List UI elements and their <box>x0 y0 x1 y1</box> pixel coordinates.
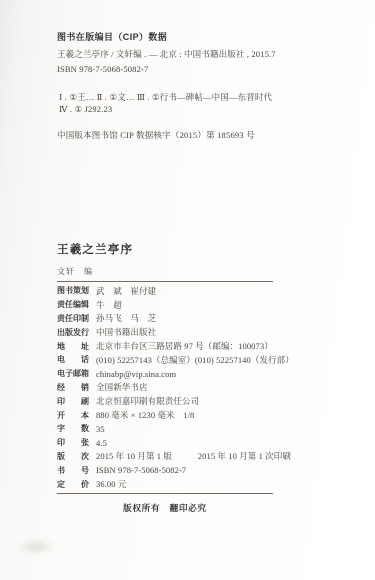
info-label: 书 号 <box>57 465 90 476</box>
info-value: 孙马飞 马 芝 <box>96 312 156 324</box>
scan-smudge <box>16 538 56 556</box>
cip-isbn-line: ISBN 978-7-5068-5082-7 <box>57 64 148 74</box>
info-row-email: 电子邮箱 chinabp@vip.sina.com <box>57 367 294 381</box>
info-value: 牛 超 <box>96 299 122 311</box>
publication-info-list: 图书策划 武 斌 崔付建 责任编辑 牛 超 责任印制 孙马飞 马 芝 出版发行 … <box>57 284 294 491</box>
info-value: 4.5 <box>96 438 107 448</box>
info-row-print-supervisor: 责任印制 孙马飞 马 芝 <box>57 312 294 326</box>
info-value: 2015 年 10 月第 1 版 2015 年 10 月第 1 次印刷 <box>96 450 291 462</box>
cip-record-number: 中国版本图书馆 CIP 数据核字（2015）第 185693 号 <box>57 129 255 141</box>
info-row-phone: 电 话 (010) 52257143（总编室）(010) 52257140（发行… <box>57 353 294 367</box>
info-label: 开 本 <box>57 410 90 421</box>
info-row-word-count: 字 数 35 <box>57 422 294 436</box>
info-row-sheets: 印 张 4.5 <box>57 436 294 450</box>
info-value: 北京恒嘉印刷有限责任公司 <box>96 395 199 407</box>
info-value: 35 <box>96 424 105 434</box>
info-value: chinabp@vip.sina.com <box>96 369 176 379</box>
info-value: 36.00 元 <box>96 478 126 490</box>
info-row-printing-company: 印 刷 北京恒嘉印刷有限责任公司 <box>57 394 294 408</box>
info-value: 北京市丰台区三路居路 97 号（邮编：100073） <box>96 340 273 352</box>
info-row-format: 开 本 880 毫米 × 1230 毫米 1/8 <box>57 408 294 422</box>
info-value: (010) 52257143（总编室）(010) 52257140（发行部） <box>96 354 294 366</box>
info-row-publisher: 出版发行 中国书籍出版社 <box>57 325 294 339</box>
info-label: 字 数 <box>57 423 90 434</box>
info-value: 武 斌 崔付建 <box>96 285 156 297</box>
info-row-address: 地 址 北京市丰台区三路居路 97 号（邮编：100073） <box>57 339 294 353</box>
info-label: 印 刷 <box>57 396 90 407</box>
info-row-isbn: 书 号 ISBN 978-7-5068-5082-7 <box>57 463 294 477</box>
info-row-edition: 版 次 2015 年 10 月第 1 版 2015 年 10 月第 1 次印刷 <box>57 450 294 464</box>
info-label: 责任印制 <box>57 313 90 324</box>
info-value: 中国书籍出版社 <box>96 326 156 338</box>
info-row-distribution: 经 销 全国新华书店 <box>57 381 294 395</box>
info-label: 定 价 <box>57 479 90 490</box>
info-label: 出版发行 <box>57 327 90 338</box>
cip-header: 图书在版编目（CIP）数据 <box>57 30 167 43</box>
info-label: 电 话 <box>57 354 90 365</box>
book-title: 王羲之兰亭序 <box>57 241 133 257</box>
copyright-notice: 版权所有 翻印必究 <box>57 502 273 514</box>
book-editor: 文轩 编 <box>57 266 93 277</box>
info-label: 印 张 <box>57 437 90 448</box>
info-row-price: 定 价 36.00 元 <box>57 477 294 491</box>
colophon-page: 图书在版编目（CIP）数据 王羲之兰亭序 / 文轩编 . — 北京 : 中国书籍… <box>0 0 375 580</box>
info-row-planning: 图书策划 武 斌 崔付建 <box>57 284 294 298</box>
cip-classification-line-1: Ⅰ . ①王… Ⅱ . ①文… Ⅲ . ①行书—碑帖—中国—东晋时代 <box>59 91 272 103</box>
info-value: 880 毫米 × 1230 毫米 1/8 <box>96 409 194 421</box>
info-label: 经 销 <box>57 382 90 393</box>
info-label: 责任编辑 <box>57 299 90 310</box>
info-value: 全国新华书店 <box>96 381 148 393</box>
divider-top <box>57 281 273 282</box>
info-label: 地 址 <box>57 341 90 352</box>
info-label: 图书策划 <box>57 285 90 296</box>
info-label: 电子邮箱 <box>57 368 90 379</box>
divider-bottom <box>57 493 273 494</box>
cip-title-line: 王羲之兰亭序 / 文轩编 . — 北京 : 中国书籍出版社 , 2015.7 <box>57 48 276 60</box>
cip-classification-line-2: Ⅳ . ① J292.23 <box>59 104 112 115</box>
info-row-editor: 责任编辑 牛 超 <box>57 298 294 312</box>
info-value: ISBN 978-7-5068-5082-7 <box>96 465 186 475</box>
info-label: 版 次 <box>57 451 90 462</box>
